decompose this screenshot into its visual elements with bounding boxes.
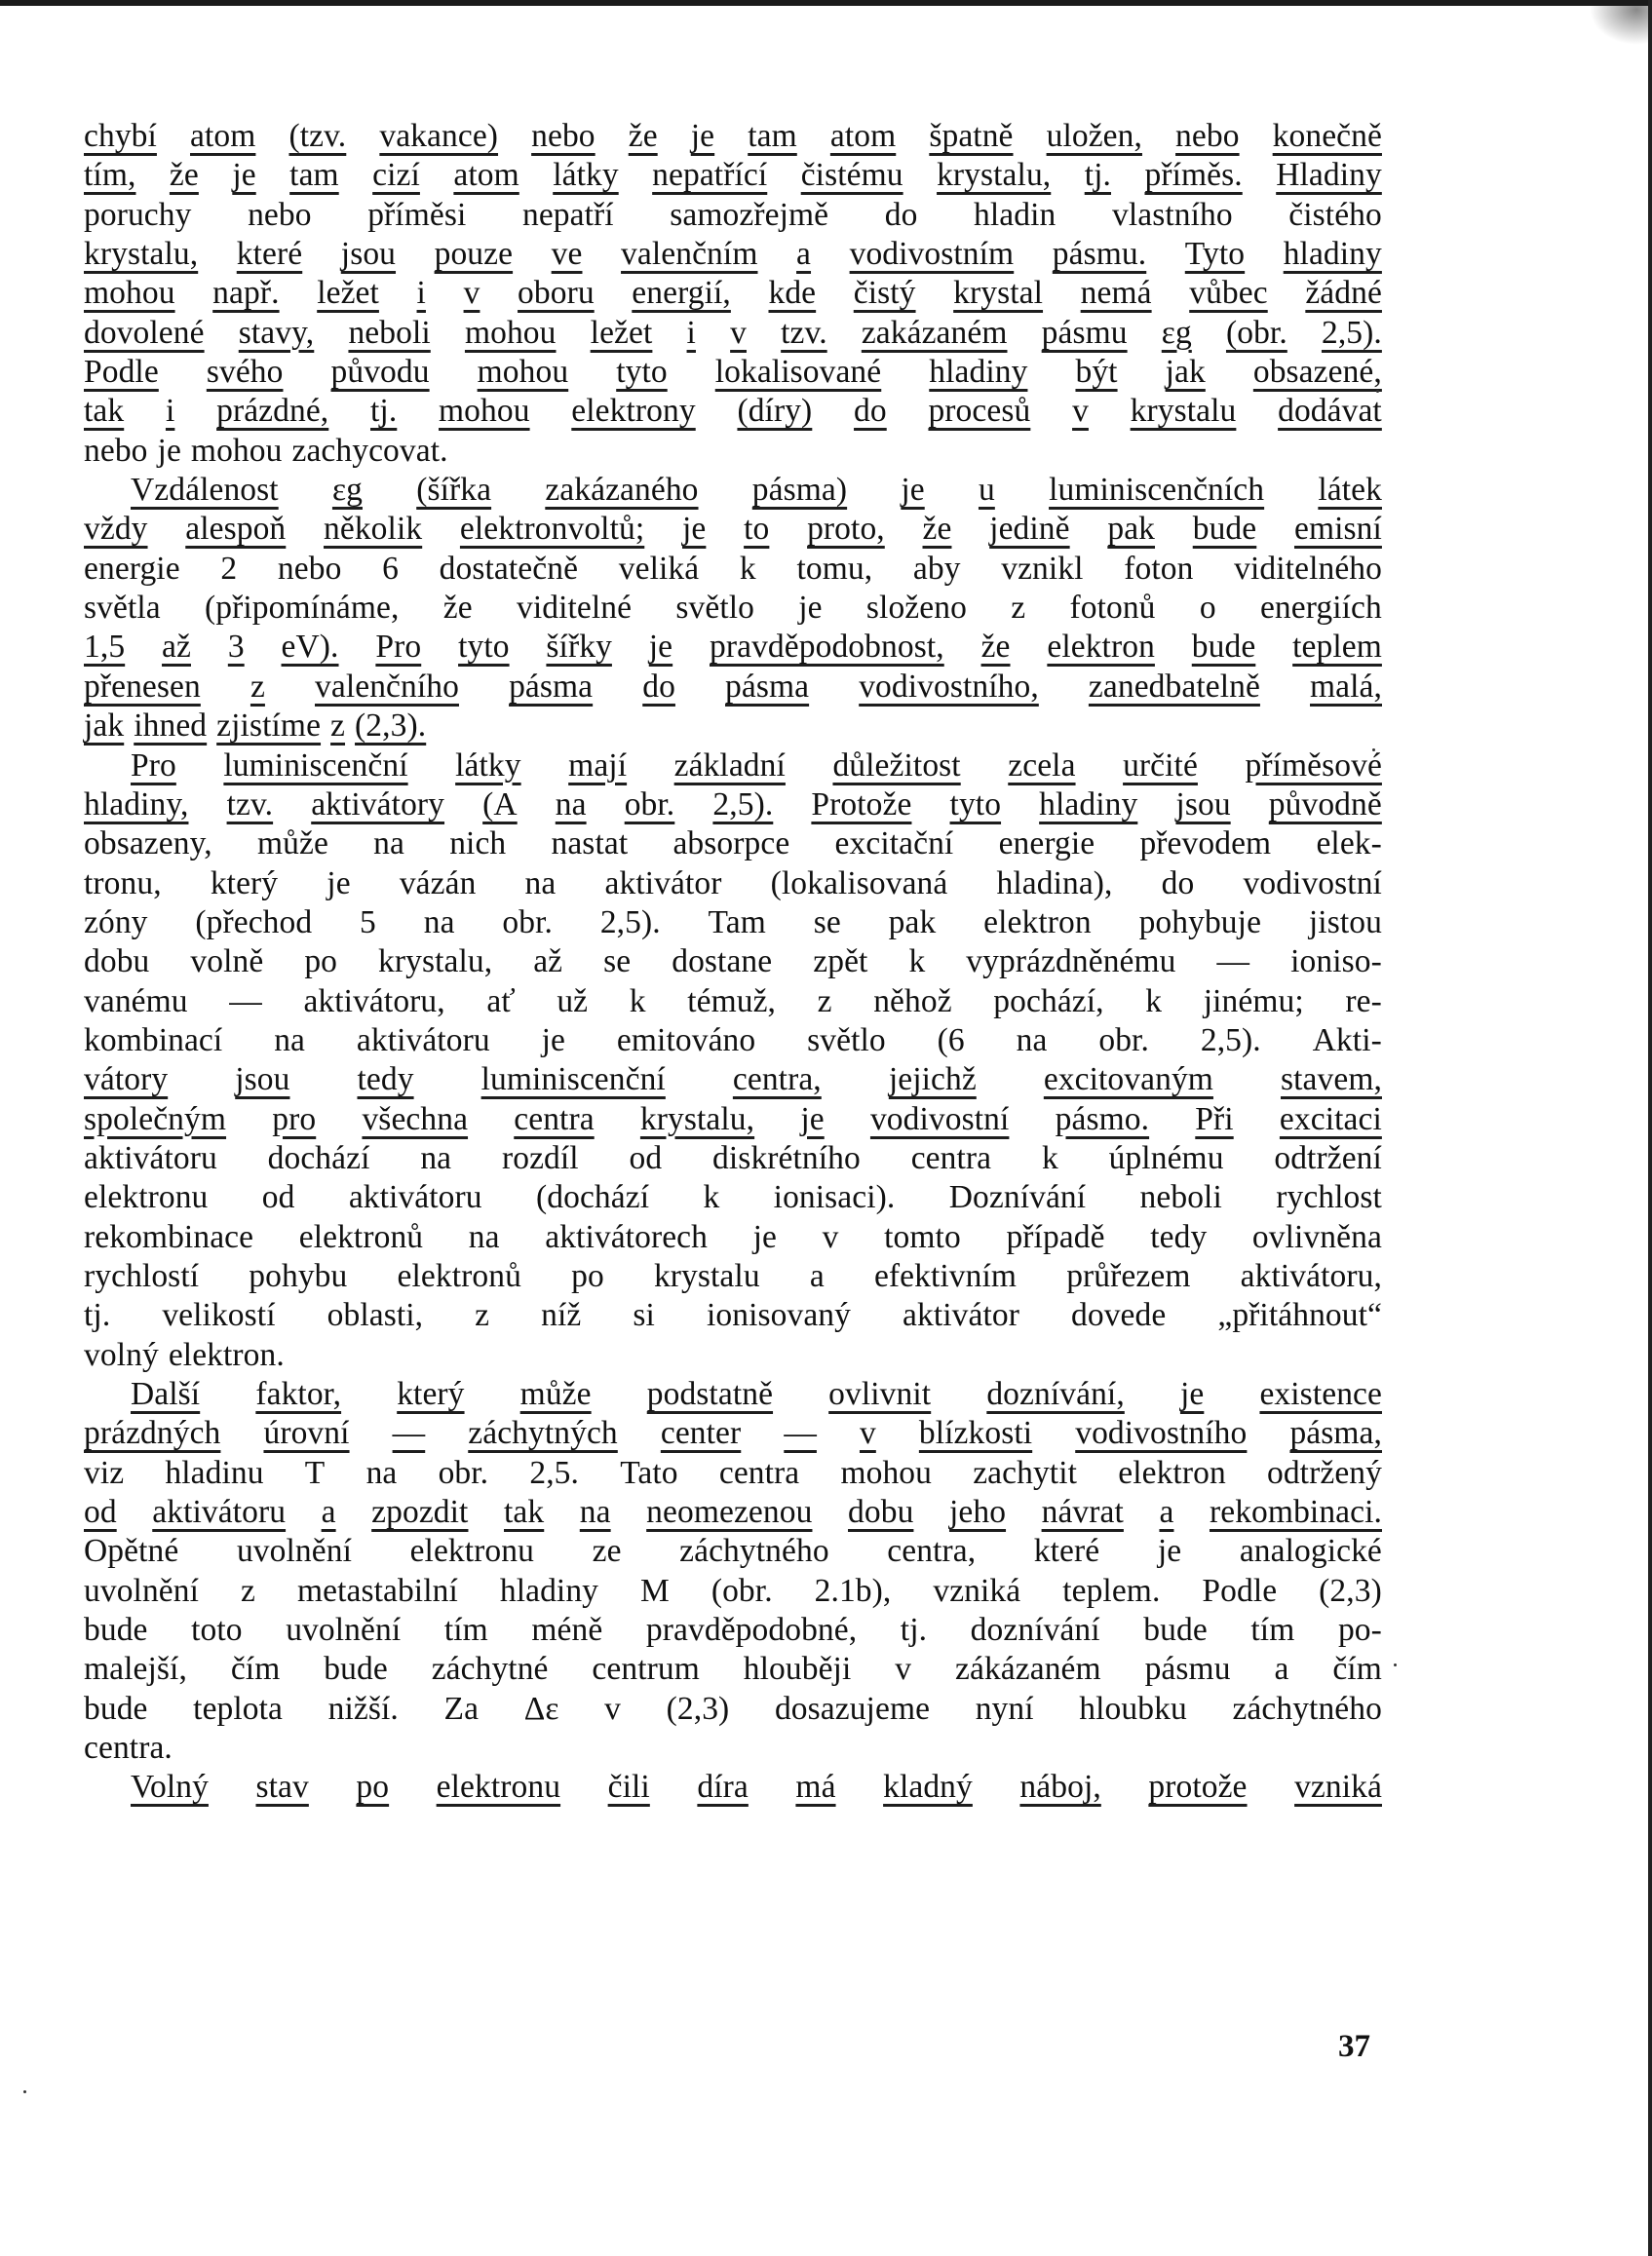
word: dovolené xyxy=(84,314,205,353)
word: v xyxy=(823,1218,839,1257)
word: a xyxy=(1274,1650,1288,1689)
word: záchytného xyxy=(679,1532,829,1571)
word: krystalu, xyxy=(640,1100,754,1139)
text-line: Vzdálenostεg(šířkazakázanéhopásma)jeulum… xyxy=(84,471,1382,510)
word: na xyxy=(373,824,404,863)
word: je xyxy=(753,1218,777,1257)
word: je xyxy=(158,432,181,471)
word: hladiny, xyxy=(84,785,188,824)
word: aktivátoru xyxy=(357,1021,490,1060)
word: důležitost xyxy=(832,746,960,785)
word: excitaci xyxy=(1280,1100,1382,1139)
word: je xyxy=(682,510,706,549)
word: doznívání xyxy=(971,1611,1100,1650)
word: (2,3) xyxy=(1319,1572,1382,1611)
word: je xyxy=(798,589,822,628)
word: tj. xyxy=(84,1296,110,1335)
word: volně xyxy=(190,942,263,981)
word: poruchy xyxy=(84,196,191,235)
word: na xyxy=(424,903,455,942)
text-line: prázdnýchúrovní—záchytnýchcenter—vblízko… xyxy=(84,1414,1382,1453)
text-line: rychlostípohybuelektronůpokrystaluaefekt… xyxy=(84,1257,1382,1296)
word: je xyxy=(1158,1532,1181,1571)
word: metastabilní xyxy=(297,1572,458,1611)
word: centrum xyxy=(592,1650,699,1689)
word: T xyxy=(305,1454,326,1493)
word: a xyxy=(322,1493,336,1532)
word: a xyxy=(1159,1493,1173,1532)
text-line: přenesenzvalenčníhopásmadopásmavodivostn… xyxy=(84,668,1382,707)
word: (přechod xyxy=(195,903,312,942)
word: který xyxy=(211,864,278,903)
word: světlo xyxy=(807,1021,886,1060)
word: po xyxy=(571,1257,604,1296)
word: pásmo. xyxy=(1056,1100,1149,1139)
text-line: jakihnedzjistímez(2,3). xyxy=(84,707,1382,746)
text-line: budetotouvolněnítímméněpravděpodobné,tj.… xyxy=(84,1611,1382,1650)
word: centra, xyxy=(887,1532,976,1571)
word: pásma, xyxy=(1289,1414,1382,1453)
word: 2 xyxy=(220,550,237,589)
text-line: elektronuodaktivátoru(docházíkionisaci).… xyxy=(84,1178,1382,1217)
word: bude xyxy=(84,1611,148,1650)
text-line: chybíatom(tzv.vakance)nebožejetamatomšpa… xyxy=(84,117,1382,156)
word: je xyxy=(327,864,350,903)
word: podstatně xyxy=(647,1375,773,1414)
word: náboj, xyxy=(1019,1768,1100,1807)
word: zákázaném xyxy=(955,1650,1101,1689)
word: nich xyxy=(449,824,506,863)
word: až xyxy=(533,942,562,981)
text-line: hladiny,tzv.aktivátory(Anaobr.2,5).Proto… xyxy=(84,785,1382,824)
word: (obr. xyxy=(1226,314,1287,353)
text-line: mohounapř.ležetivoboruenergií,kdečistýkr… xyxy=(84,274,1382,313)
word: úplnému xyxy=(1109,1139,1224,1178)
word: hladiny xyxy=(1039,785,1137,824)
word: v xyxy=(604,1690,621,1729)
word: mohou xyxy=(84,274,175,313)
word: které xyxy=(237,235,302,274)
word: centra, xyxy=(733,1060,822,1099)
word: tedy xyxy=(1150,1218,1207,1257)
word: oboru xyxy=(518,274,595,313)
word: prázdných xyxy=(84,1414,220,1453)
word: proto, xyxy=(807,510,885,549)
word: si xyxy=(633,1296,655,1335)
word: faktor, xyxy=(255,1375,341,1414)
word: čistého xyxy=(1288,196,1382,235)
word: bude xyxy=(1143,1611,1208,1650)
word: o xyxy=(1200,589,1216,628)
word: mají xyxy=(568,746,627,785)
word: nebo xyxy=(248,196,312,235)
word: ve xyxy=(552,235,583,274)
word: Pro xyxy=(131,746,176,785)
word: ovlivněna xyxy=(1252,1218,1382,1257)
word: i xyxy=(166,392,174,431)
word: bude xyxy=(324,1650,388,1689)
word: aktivátoru xyxy=(152,1493,286,1532)
word: viditelné xyxy=(517,589,632,628)
word: aktivátor xyxy=(605,864,722,903)
word: ihned xyxy=(134,707,207,746)
word: pak xyxy=(889,903,937,942)
word: tím xyxy=(1250,1611,1294,1650)
word: Vzdálenost xyxy=(131,471,279,510)
word: energií, xyxy=(632,274,731,313)
word: určité xyxy=(1123,746,1198,785)
word: volný xyxy=(84,1336,159,1375)
text-line: světla(připomínáme,ževiditelnésvětlojesl… xyxy=(84,589,1382,628)
word: diskrétního xyxy=(712,1139,861,1178)
word: pohybu xyxy=(249,1257,347,1296)
word: kladný xyxy=(883,1768,973,1807)
word: ovlivnit xyxy=(828,1375,931,1414)
word: re- xyxy=(1345,982,1381,1021)
word: je xyxy=(901,471,924,510)
word: nebo xyxy=(278,550,342,589)
word: vlastního xyxy=(1112,196,1233,235)
text-line: vanému—aktivátoru,aťužktémuž,zněhožpochá… xyxy=(84,982,1382,1021)
word: 2,5). xyxy=(1322,314,1382,353)
word: čím xyxy=(231,1650,281,1689)
word: M xyxy=(640,1572,670,1611)
word: pouze xyxy=(435,235,514,274)
scan-speck xyxy=(1376,390,1379,393)
word: „přitáhnout“ xyxy=(1217,1296,1382,1335)
word: pásma xyxy=(509,668,593,707)
word: že xyxy=(629,117,658,156)
word: příměsové xyxy=(1245,746,1381,785)
word: může xyxy=(520,1375,592,1414)
word: (tzv. xyxy=(288,117,346,156)
page-number: 37 xyxy=(1338,2029,1370,2065)
word: (připomínáme, xyxy=(205,589,399,628)
word: pásmu xyxy=(1145,1650,1231,1689)
word: uvolnění xyxy=(237,1532,352,1571)
word: luminiscenční xyxy=(481,1060,666,1099)
word: viditelného xyxy=(1234,550,1382,589)
word: tj. xyxy=(370,392,397,431)
word: dostatečně xyxy=(440,550,578,589)
word: pásma) xyxy=(752,471,847,510)
word: emitováno xyxy=(617,1021,755,1060)
word: vanému xyxy=(84,982,188,1021)
word: čistému xyxy=(801,156,903,195)
word: nemá xyxy=(1081,274,1152,313)
word: — xyxy=(784,1414,817,1453)
word: mohou xyxy=(191,432,283,471)
word: chybí xyxy=(84,117,157,156)
word: tam xyxy=(748,117,797,156)
word: oblasti, xyxy=(327,1296,424,1335)
word: atom xyxy=(830,117,896,156)
word: aktivátoru xyxy=(84,1139,217,1178)
word: bude xyxy=(1193,510,1257,549)
word: hladina), xyxy=(997,864,1113,903)
word: vázán xyxy=(400,864,477,903)
word: tomto xyxy=(884,1218,961,1257)
word: stav xyxy=(255,1768,308,1807)
word: že xyxy=(443,589,473,628)
word: — xyxy=(393,1414,426,1453)
word: pro xyxy=(272,1100,316,1139)
word: pravděpodobnost, xyxy=(710,628,944,667)
word: pásmu. xyxy=(1053,235,1146,274)
word: stavem, xyxy=(1281,1060,1382,1099)
word: do xyxy=(642,668,675,707)
word: světlo xyxy=(675,589,754,628)
word: — xyxy=(229,982,262,1021)
word: (A xyxy=(482,785,518,824)
word: absorpce xyxy=(672,824,789,863)
word: záchytných xyxy=(468,1414,618,1453)
word: fotonů xyxy=(1069,589,1155,628)
word: teplem xyxy=(1292,628,1382,667)
word: kde xyxy=(768,274,816,313)
word: na xyxy=(525,864,557,903)
word: pásmu xyxy=(1042,314,1128,353)
word: ze xyxy=(593,1532,622,1571)
word: aktivátoru xyxy=(349,1178,482,1217)
word: na xyxy=(580,1493,611,1532)
word: excitovaným xyxy=(1044,1060,1213,1099)
word: z xyxy=(818,982,832,1021)
word: dodávat xyxy=(1278,392,1382,431)
word: Pro xyxy=(375,628,421,667)
word: do xyxy=(1162,864,1195,903)
word: alespoň xyxy=(185,510,286,549)
text-line: poruchynebopříměsinepatřísamozřejmědohla… xyxy=(84,196,1382,235)
word: je xyxy=(542,1021,565,1060)
word: jejichž xyxy=(889,1060,977,1099)
word: jinému; xyxy=(1204,982,1304,1021)
word: rychlostí xyxy=(84,1257,199,1296)
page-body-text: chybíatom(tzv.vakance)nebožejetamatomšpa… xyxy=(84,117,1382,1808)
word: původu xyxy=(331,353,430,392)
word: ionisovaný xyxy=(707,1296,851,1335)
word: valenčního xyxy=(315,668,459,707)
word: Tato xyxy=(620,1454,677,1493)
word: několik xyxy=(324,510,422,549)
word: vznikl xyxy=(1001,550,1083,589)
word: méně xyxy=(531,1611,602,1650)
word: které xyxy=(1034,1532,1099,1571)
word: samozřejmě xyxy=(670,196,828,235)
word: luminiscenční xyxy=(223,746,407,785)
word: energie xyxy=(999,824,1095,863)
word: pohybuje xyxy=(1139,903,1261,942)
word: blízkosti xyxy=(919,1414,1032,1453)
word: Tam xyxy=(709,903,766,942)
word: elektron xyxy=(1047,628,1155,667)
word: z xyxy=(475,1296,489,1335)
word: luminiscenčních xyxy=(1049,471,1264,510)
word: svého xyxy=(207,353,284,392)
word: po- xyxy=(1338,1611,1382,1650)
word: přenesen xyxy=(84,668,201,707)
text-line: malejší,čímbudezáchytnécentrumhloubějivz… xyxy=(84,1650,1382,1689)
word: nižší. xyxy=(328,1690,399,1729)
word: obr. xyxy=(1098,1021,1149,1060)
word: který xyxy=(397,1375,464,1414)
word: elektron. xyxy=(169,1336,285,1375)
word: obsazené, xyxy=(1253,353,1382,392)
word: obsazeny, xyxy=(84,824,212,863)
word: od xyxy=(262,1178,295,1217)
word: elektronvoltů; xyxy=(460,510,644,549)
word: pásma xyxy=(725,668,809,707)
word: z xyxy=(330,707,345,746)
word: foton xyxy=(1124,550,1193,589)
scan-speck xyxy=(23,2090,26,2093)
word: k xyxy=(1042,1139,1058,1178)
word: krystalu xyxy=(1131,392,1237,431)
word: odtržení xyxy=(1274,1139,1382,1178)
word: zachycovat. xyxy=(291,432,447,471)
word: vakance) xyxy=(379,117,498,156)
word: nepatří xyxy=(522,196,614,235)
word: z xyxy=(250,668,265,707)
word: i xyxy=(687,314,696,353)
word: složeno xyxy=(866,589,967,628)
word: dosazujeme xyxy=(775,1690,930,1729)
word: tj. xyxy=(901,1611,927,1650)
word: Podle xyxy=(84,353,159,392)
word: (obr. xyxy=(711,1572,773,1611)
word: látek xyxy=(1318,471,1382,510)
word: úrovní xyxy=(263,1414,349,1453)
word: na xyxy=(1017,1021,1048,1060)
word: záchytného xyxy=(1232,1690,1382,1729)
word: tyto xyxy=(458,628,510,667)
word: atom xyxy=(453,156,519,195)
word: krystalu, xyxy=(84,235,198,274)
word: jistou xyxy=(1309,903,1382,942)
word: na xyxy=(556,785,587,824)
word: krystalu xyxy=(654,1257,760,1296)
word: tyto xyxy=(616,353,668,392)
word: jedině xyxy=(989,510,1069,549)
scan-speck xyxy=(1394,1663,1397,1666)
text-line: kombinacínaaktivátorujeemitovánosvětlo(6… xyxy=(84,1021,1382,1060)
word: od xyxy=(630,1139,663,1178)
word: ležet xyxy=(591,314,653,353)
word: v xyxy=(464,274,480,313)
word: světla xyxy=(84,589,161,628)
word: (6 xyxy=(938,1021,965,1060)
word: malá, xyxy=(1310,668,1382,707)
word: krystal xyxy=(953,274,1043,313)
word: příměs. xyxy=(1144,156,1242,195)
word: jak xyxy=(84,707,124,746)
word: jeho xyxy=(949,1493,1006,1532)
word: doznívání, xyxy=(986,1375,1124,1414)
scan-top-edge xyxy=(0,0,1652,6)
word: je xyxy=(691,117,714,156)
word: nepatřící xyxy=(652,156,767,195)
word: na xyxy=(420,1139,451,1178)
word: hloubku xyxy=(1079,1690,1187,1729)
word: Opětné xyxy=(84,1532,178,1571)
word: energie xyxy=(84,550,180,589)
word: do xyxy=(885,196,918,235)
word: je xyxy=(232,156,255,195)
word: něhož xyxy=(873,982,952,1021)
word: nastat xyxy=(551,824,628,863)
word: uvolnění xyxy=(84,1572,199,1611)
text-line: nebojemohouzachycovat. xyxy=(84,432,1382,471)
word: Δε xyxy=(524,1690,559,1729)
word: v xyxy=(730,314,747,353)
word: — xyxy=(1217,942,1250,981)
word: 2,5). xyxy=(1201,1021,1261,1060)
word: vodivostního, xyxy=(859,668,1039,707)
word: po xyxy=(356,1768,389,1807)
text-line: centra. xyxy=(84,1729,1382,1768)
word: obr. xyxy=(502,903,553,942)
word: čistý xyxy=(854,274,916,313)
word: elektronů xyxy=(398,1257,521,1296)
word: elektron xyxy=(983,903,1092,942)
text-line: Volnýstavpoelektronučilidíramákladnýnábo… xyxy=(84,1768,1382,1807)
word: protože xyxy=(1148,1768,1247,1807)
word: na xyxy=(274,1021,305,1060)
word: zachytit xyxy=(973,1454,1077,1493)
word: zpět xyxy=(813,942,867,981)
word: Další xyxy=(131,1375,200,1414)
word: ioniso- xyxy=(1290,942,1382,981)
word: dobu xyxy=(848,1493,913,1532)
word: zjistíme xyxy=(216,707,321,746)
word: emisní xyxy=(1294,510,1382,549)
word: (díry) xyxy=(737,392,812,431)
word: látky xyxy=(455,746,520,785)
word: že xyxy=(923,510,952,549)
text-line: aktivátorudocházínarozdíloddiskrétníhoce… xyxy=(84,1139,1382,1178)
word: (šířka xyxy=(416,471,491,510)
word: εg xyxy=(332,471,363,510)
word: je xyxy=(1180,1375,1204,1414)
word: mohou xyxy=(478,353,569,392)
word: do xyxy=(854,392,887,431)
word: až xyxy=(162,628,191,667)
scan-speck xyxy=(1372,748,1375,751)
text-line: rekombinaceelektronůnaaktivátorechjevtom… xyxy=(84,1218,1382,1257)
word: na xyxy=(366,1454,398,1493)
text-line: tím,žejetamcizíatomlátkynepatřícíčistému… xyxy=(84,156,1382,195)
word: existence xyxy=(1259,1375,1382,1414)
word: aktivátoru, xyxy=(303,982,444,1021)
word: pravděpodobné, xyxy=(646,1611,857,1650)
word: návrat xyxy=(1042,1493,1124,1532)
word: valenčním xyxy=(621,235,757,274)
word: Protože xyxy=(811,785,911,824)
word: tím, xyxy=(84,156,135,195)
word: se xyxy=(603,942,631,981)
word: zpozdit xyxy=(371,1493,468,1532)
word: tím xyxy=(444,1611,488,1650)
word: neomezenou xyxy=(646,1493,812,1532)
word: z xyxy=(1011,589,1025,628)
text-line: uvolněnízmetastabilníhladinyM(obr.2.1b),… xyxy=(84,1572,1382,1611)
word: 5 xyxy=(360,903,376,942)
word: vodivostního xyxy=(1075,1414,1247,1453)
word: už xyxy=(557,982,588,1021)
text-line: Opětnéuvolněníelektronuzezáchytnéhocentr… xyxy=(84,1532,1382,1571)
word: pochází, xyxy=(993,982,1103,1021)
word: teplem. xyxy=(1062,1572,1160,1611)
